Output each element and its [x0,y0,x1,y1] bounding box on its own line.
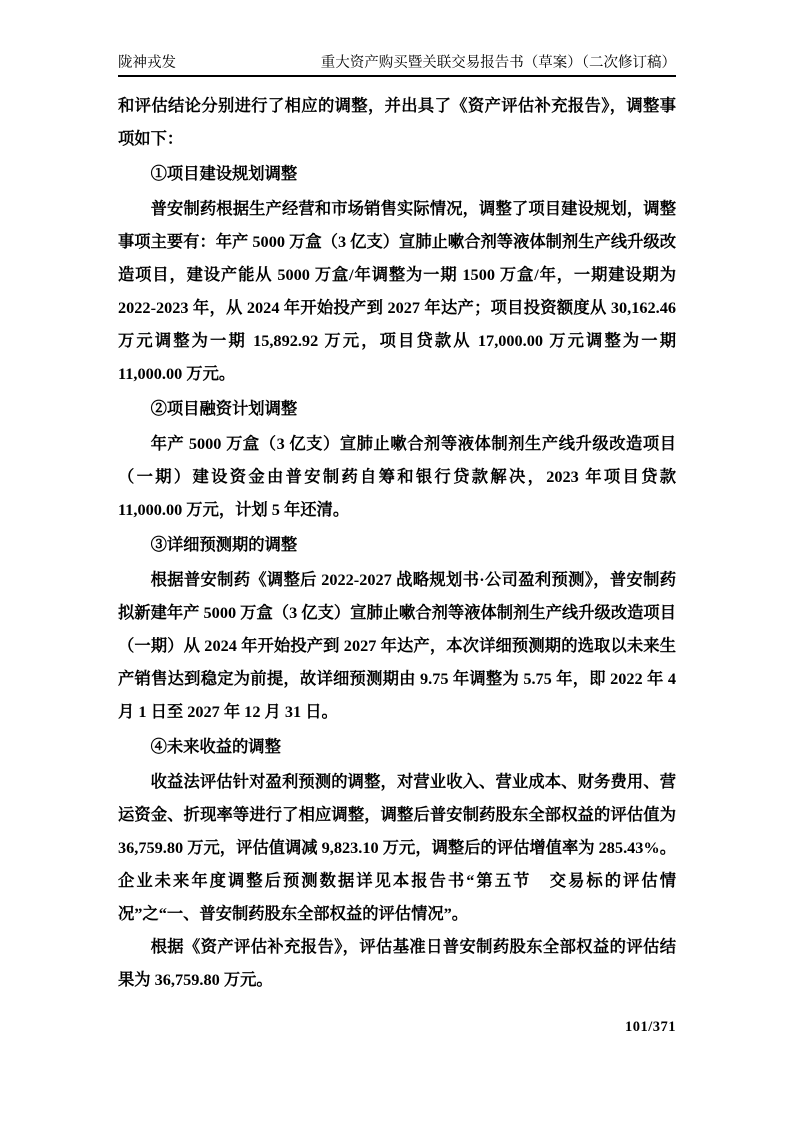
paragraph: 根据《资产评估补充报告》，评估基准日普安制药股东全部权益的评估结果为 36,75… [118,930,676,996]
header-document-title: 重大资产购买暨关联交易报告书（草案）（二次修订稿） [321,54,676,72]
header-company-name: 陇神戎发 [118,54,176,72]
section-heading: ④未来收益的调整 [118,730,676,763]
paragraph: 普安制药根据生产经营和市场销售实际情况，调整了项目建设规划，调整事项主要有：年产… [118,192,676,390]
section-heading: ③详细预测期的调整 [118,528,676,561]
document-page: 陇神戎发 重大资产购买暨关联交易报告书（草案）（二次修订稿） 和评估结论分别进行… [0,0,793,1122]
paragraph: 年产 5000 万盒（3 亿支）宣肺止嗽合剂等液体制剂生产线升级改造项目（一期）… [118,427,676,526]
page-number: 101/371 [625,1019,676,1036]
section-heading: ①项目建设规划调整 [118,157,676,190]
section-heading: ②项目融资计划调整 [118,392,676,425]
page-header: 陇神戎发 重大资产购买暨关联交易报告书（草案）（二次修订稿） [118,54,676,77]
paragraph: 和评估结论分别进行了相应的调整，并出具了《资产评估补充报告》，调整事项如下： [118,89,676,155]
document-body: 和评估结论分别进行了相应的调整，并出具了《资产评估补充报告》，调整事项如下：①项… [118,89,676,996]
paragraph: 收益法评估针对盈利预测的调整，对营业收入、营业成本、财务费用、营运资金、折现率等… [118,765,676,930]
paragraph: 根据普安制药《调整后 2022-2027 战略规划书·公司盈利预测》，普安制药拟… [118,563,676,728]
